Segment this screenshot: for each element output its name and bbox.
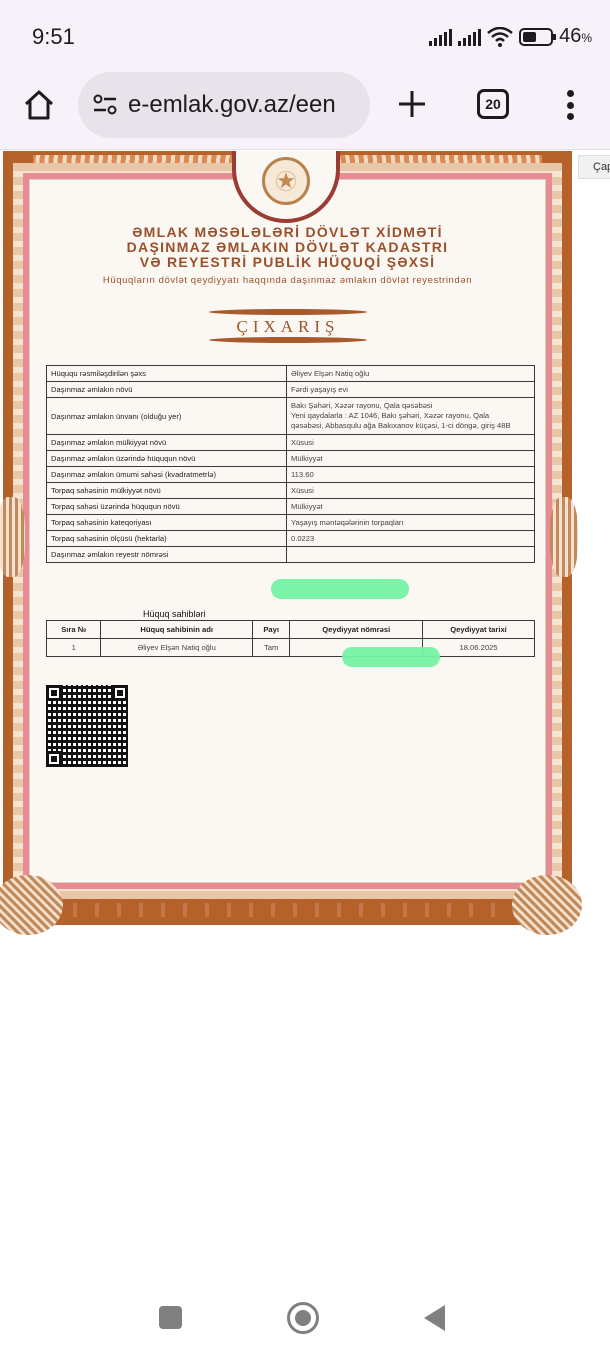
row-value: Xüsusi bbox=[287, 435, 535, 451]
row-label: Daşınmaz əmlakın ünvanı (olduğu yer) bbox=[47, 398, 287, 435]
row-label: Torpaq sahəsi üzərində hüququn növü bbox=[47, 499, 287, 515]
row-value: Bakı Şəhəri, Xəzər rayonu, Qala qəsəbəsi… bbox=[287, 398, 535, 435]
browser-toolbar: e-emlak.gov.az/een 20 bbox=[0, 70, 610, 150]
table-row: Torpaq sahəsinin ölçüsü (hektarla)0.0223 bbox=[47, 531, 535, 547]
table-row: Daşınmaz əmlakın reyestr nömrəsi bbox=[47, 547, 535, 563]
redaction-mark bbox=[271, 579, 409, 599]
column-header: Qeydiyyat tarixi bbox=[423, 621, 535, 639]
signal-icon-2 bbox=[458, 28, 481, 46]
row-label: Daşınmaz əmlakın üzərində hüququn növü bbox=[47, 451, 287, 467]
column-header: Sıra № bbox=[47, 621, 101, 639]
table-row: Daşınmaz əmlakın ümumi sahəsi (kvadratme… bbox=[47, 467, 535, 483]
column-header: Hüquq sahibinin adı bbox=[101, 621, 253, 639]
row-label: Daşınmaz əmlakın mülkiyyət növü bbox=[47, 435, 287, 451]
row-value bbox=[287, 547, 535, 563]
table-row: Hüququ rəsmiləşdirilən şəxsƏliyev Elşən … bbox=[47, 366, 535, 382]
column-header: Qeydiyyat nömrəsi bbox=[290, 621, 423, 639]
owners-table: Sıra №Hüquq sahibinin adıPayıQeydiyyat n… bbox=[46, 620, 535, 657]
url-text[interactable]: e-emlak.gov.az/een bbox=[128, 91, 336, 119]
side-ornament bbox=[0, 497, 25, 577]
more-menu-icon[interactable] bbox=[562, 90, 578, 120]
table-cell: 1 bbox=[47, 639, 101, 657]
row-label: Daşınmaz əmlakın növü bbox=[47, 382, 287, 398]
table-cell: Əliyev Elşən Natiq oğlu bbox=[101, 639, 253, 657]
url-bar[interactable]: e-emlak.gov.az/een bbox=[78, 72, 370, 138]
organization-title: ƏMLAK MƏSƏLƏLƏRİ DÖVLƏT XİDMƏTİ DAŞINMAZ… bbox=[33, 225, 542, 270]
system-nav-bar bbox=[0, 1280, 610, 1356]
table-row: Torpaq sahəsi üzərində hüququn növüMülki… bbox=[47, 499, 535, 515]
row-label: Hüququ rəsmiləşdirilən şəxs bbox=[47, 366, 287, 382]
row-value: 0.0223 bbox=[287, 531, 535, 547]
clock: 9:51 bbox=[32, 24, 75, 50]
table-cell: Tam bbox=[252, 639, 289, 657]
home-button[interactable] bbox=[287, 1302, 319, 1334]
battery-icon bbox=[519, 28, 553, 46]
table-row: Daşınmaz əmlakın mülkiyyət növüXüsusi bbox=[47, 435, 535, 451]
print-button[interactable]: Çap bbox=[578, 155, 610, 179]
row-label: Daşınmaz əmlakın reyestr nömrəsi bbox=[47, 547, 287, 563]
row-value: Fərdi yaşayış evi bbox=[287, 382, 535, 398]
certificate-subtitle: Hüquqların dövlət qeydiyyatı haqqında da… bbox=[33, 275, 542, 286]
table-row: Torpaq sahəsinin mülkiyyət növüXüsusi bbox=[47, 483, 535, 499]
certificate: ƏMLAK MƏSƏLƏLƏRİ DÖVLƏT XİDMƏTİ DAŞINMAZ… bbox=[3, 151, 572, 925]
recents-button[interactable] bbox=[159, 1306, 182, 1329]
table-row: Daşınmaz əmlakın növüFərdi yaşayış evi bbox=[47, 382, 535, 398]
status-bar: 9:51 46% bbox=[0, 0, 610, 70]
row-label: Torpaq sahəsinin ölçüsü (hektarla) bbox=[47, 531, 287, 547]
home-icon[interactable] bbox=[22, 88, 56, 122]
emblem-seal-icon bbox=[262, 157, 310, 205]
row-label: Daşınmaz əmlakın ümumi sahəsi (kvadratme… bbox=[47, 467, 287, 483]
column-header: Payı bbox=[252, 621, 289, 639]
table-row: 1Əliyev Elşən Natiq oğluTam18.06.2025 bbox=[47, 639, 535, 657]
row-label: Torpaq sahəsinin mülkiyyət növü bbox=[47, 483, 287, 499]
site-settings-icon[interactable] bbox=[92, 94, 118, 116]
new-tab-icon[interactable] bbox=[396, 88, 428, 120]
property-info-table: Hüququ rəsmiləşdirilən şəxsƏliyev Elşən … bbox=[46, 365, 535, 563]
row-value: Xüsusi bbox=[287, 483, 535, 499]
battery-percent: 46% bbox=[559, 25, 592, 48]
side-ornament bbox=[550, 497, 578, 577]
owners-title: Hüquq sahibləri bbox=[143, 609, 206, 619]
row-value: Yaşayış məntəqələrinin torpaqları bbox=[287, 515, 535, 531]
corner-ornament bbox=[512, 875, 582, 935]
row-value: Əliyev Elşən Natiq oğlu bbox=[287, 366, 535, 382]
table-row: Torpaq sahəsinin kateqoriyasıYaşayış mən… bbox=[47, 515, 535, 531]
redaction-mark bbox=[342, 647, 440, 667]
table-row: Daşınmaz əmlakın ünvanı (olduğu yer)Bakı… bbox=[47, 398, 535, 435]
back-button[interactable] bbox=[424, 1305, 445, 1331]
table-row: Daşınmaz əmlakın üzərində hüququn növüMü… bbox=[47, 451, 535, 467]
row-value: Mülkiyyət bbox=[287, 451, 535, 467]
tab-switcher-button[interactable]: 20 bbox=[477, 89, 509, 119]
wifi-icon bbox=[487, 27, 513, 47]
status-icons: 46% bbox=[429, 25, 592, 48]
corner-ornament bbox=[0, 875, 63, 935]
web-page: Çap ƏMLAK MƏSƏLƏLƏRİ DÖVLƏT XİDMƏTİ DAŞI… bbox=[0, 151, 610, 926]
row-value: 113.60 bbox=[287, 467, 535, 483]
border-ornament-bottom bbox=[33, 903, 542, 917]
row-value: Mülkiyyət bbox=[287, 499, 535, 515]
signal-icon bbox=[429, 28, 452, 46]
qr-code bbox=[46, 685, 128, 767]
document-title: ÇIXARIŞ bbox=[209, 305, 367, 347]
row-label: Torpaq sahəsinin kateqoriyası bbox=[47, 515, 287, 531]
